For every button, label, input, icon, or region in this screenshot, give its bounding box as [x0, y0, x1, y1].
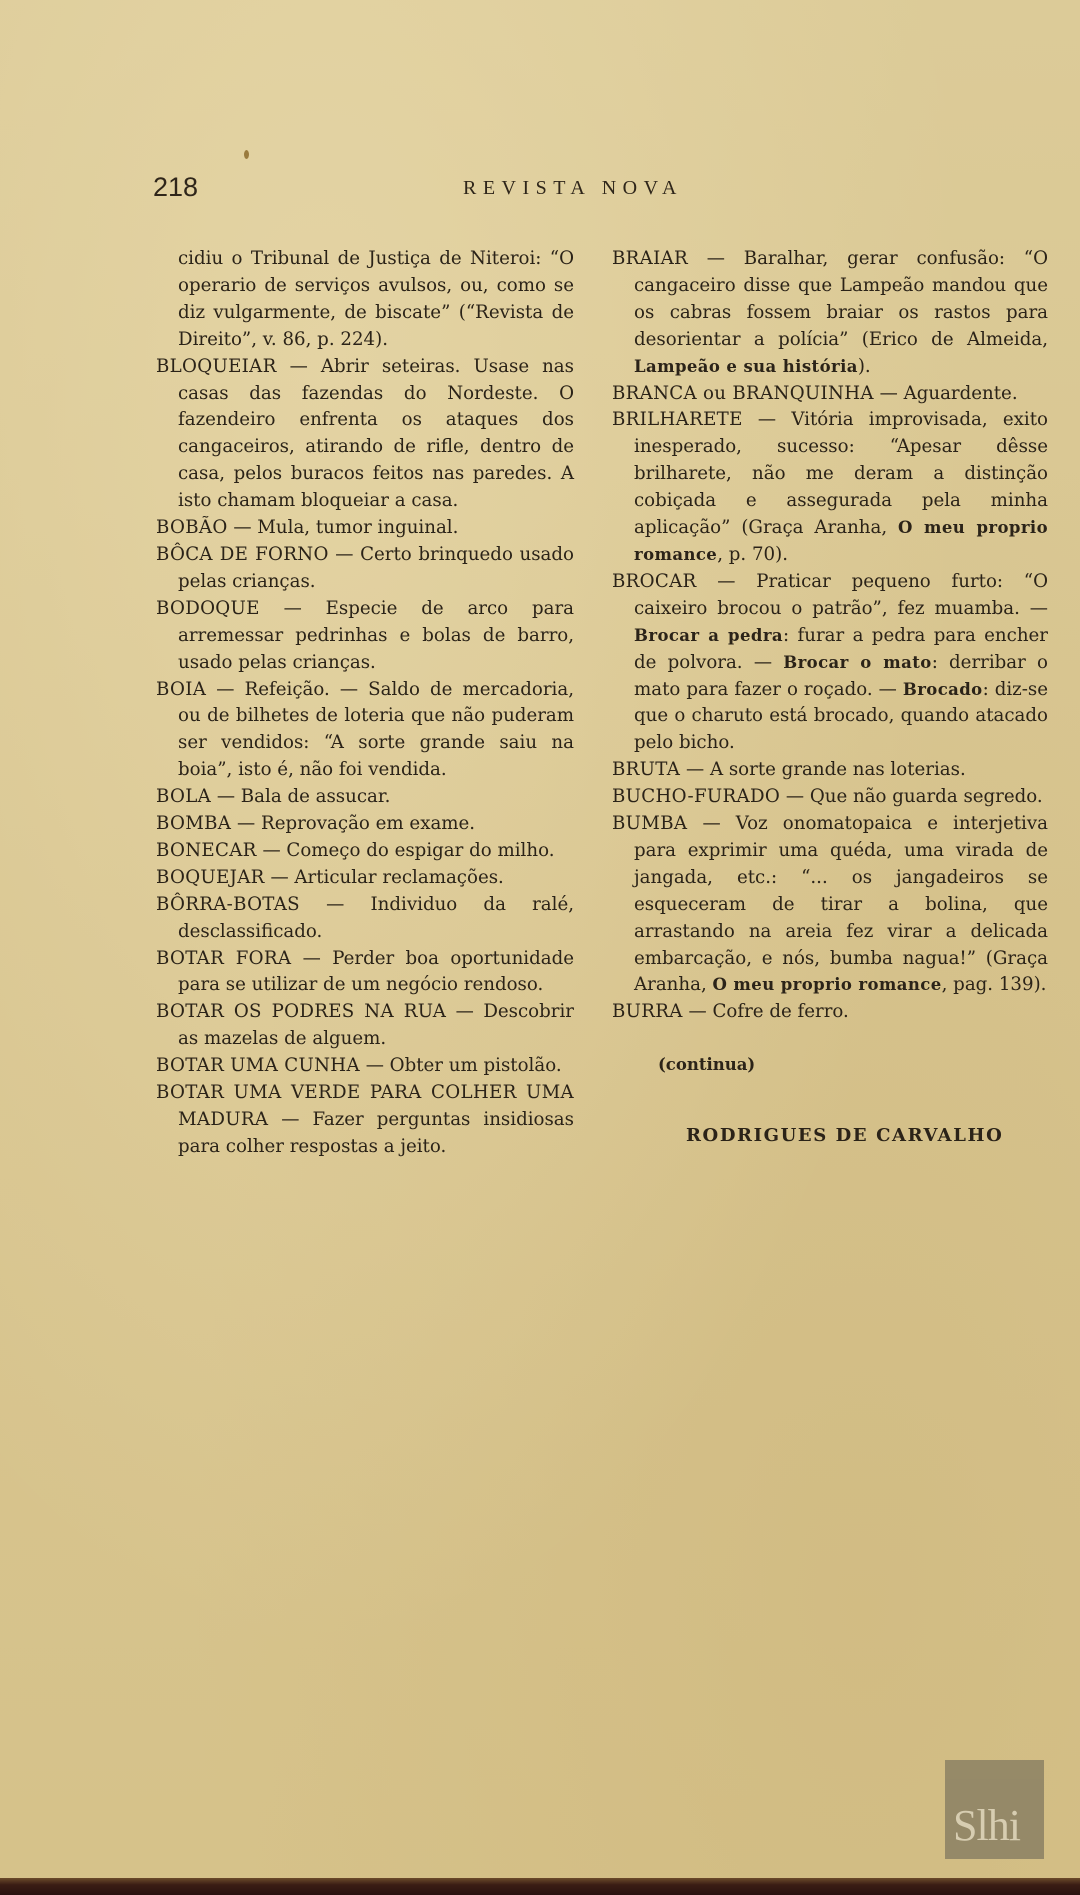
entry-term: BUMBA — [612, 813, 687, 834]
entry-boquejar: BOQUEJAR — Articular reclamações. — [156, 865, 574, 892]
entry-term: BROCAR — [612, 571, 697, 592]
entry-term: BOTAR FORA — [156, 948, 291, 969]
entry-botar-uma-verde: BOTAR UMA VERDE PARA COLHER UMA MADURA —… — [156, 1080, 574, 1161]
entry-term: BÔRRA-BOTAS — [156, 894, 300, 915]
entry-bodoque: BODOQUE — Especie de arco para arremessa… — [156, 596, 574, 677]
entry-term: BRAIAR — [612, 248, 688, 269]
journal-title: REVISTA NOVA — [463, 177, 683, 200]
entry-botar-os-podres: BOTAR OS PODRES NA RUA — Descobrir as ma… — [156, 999, 574, 1053]
continuation-note: (continua) — [658, 1052, 1048, 1079]
entry-bruta: BRUTA — A sorte grande nas loterias. — [612, 757, 1048, 784]
entry-term: BÔCA DE FORNO — [156, 544, 329, 565]
entry-term: BRANCA ou BRANQUINHA — [612, 383, 874, 404]
entry-bloqueiar: BLOQUEIAR — Abrir seteiras. Usase nas ca… — [156, 354, 574, 515]
entry-branca: BRANCA ou BRANQUINHA — Aguardente. — [612, 381, 1048, 408]
entry-boia: BOIA — Refeição. — Saldo de mercadoria, … — [156, 677, 574, 785]
entry-botar-fora: BOTAR FORA — Perder boa oportunidade par… — [156, 946, 574, 1000]
watermark-text: Slhi — [953, 1800, 1020, 1851]
entry-term: BOQUEJAR — [156, 867, 265, 888]
entry-braiar: BRAIAR — Baralhar, gerar confusão: “O ca… — [612, 246, 1048, 381]
right-column: BRAIAR — Baralhar, gerar confusão: “O ca… — [612, 246, 1048, 1150]
entry-term: BURRA — [612, 1001, 683, 1022]
entry-term: BUCHO-FURADO — [612, 786, 780, 807]
ink-speck — [244, 150, 249, 159]
entry-term: BOTAR OS PODRES NA RUA — [156, 1001, 446, 1022]
entry-term: BOIA — [156, 679, 206, 700]
slhi-logo-icon: Slhi — [945, 1760, 1044, 1859]
entry-term: BOTAR UMA CUNHA — [156, 1055, 360, 1076]
page-number: 218 — [153, 172, 198, 203]
page-bottom-edge — [0, 1878, 1080, 1895]
entry-boca-de-forno: BÔCA DE FORNO — Certo brinquedo usado pe… — [156, 542, 574, 596]
entry-bobao: BOBÃO — Mula, tumor inguinal. — [156, 515, 574, 542]
entry-term: BLOQUEIAR — [156, 356, 277, 377]
entry-brocar: BROCAR — Praticar pequeno furto: “O caix… — [612, 569, 1048, 757]
scanned-page: 218 REVISTA NOVA cidiu o Tribunal de Jus… — [0, 0, 1080, 1878]
entry-burra: BURRA — Cofre de ferro. — [612, 999, 1048, 1026]
entry-term: BONECAR — [156, 840, 257, 861]
subterm: Brocar a pedra — [634, 626, 783, 645]
subterm: Brocar o mato — [783, 653, 931, 672]
running-header: 218 REVISTA NOVA — [0, 172, 1080, 212]
entry-term: BOMBA — [156, 813, 231, 834]
author-signature: RODRIGUES DE CARVALHO — [686, 1123, 1048, 1150]
book-title: Lampeão e sua história — [634, 357, 858, 376]
entry-brilharete: BRILHARETE — Vitória improvisada, exito … — [612, 407, 1048, 568]
entry-term: BRUTA — [612, 759, 680, 780]
entry-term: BOBÃO — [156, 517, 228, 538]
entry-bonecar: BONECAR — Começo do espigar do milho. — [156, 838, 574, 865]
entry-bucho-furado: BUCHO-FURADO — Que não guarda segredo. — [612, 784, 1048, 811]
subterm: Brocado — [903, 680, 983, 699]
entry-bomba: BOMBA — Reprovação em exame. — [156, 811, 574, 838]
entry-continuation: cidiu o Tribunal de Justiça de Niteroi: … — [156, 246, 574, 354]
entry-term: BODOQUE — [156, 598, 260, 619]
entry-bumba: BUMBA — Voz onomatopaica e interjetiva p… — [612, 811, 1048, 999]
entry-bola: BOLA — Bala de assucar. — [156, 784, 574, 811]
entry-term: BOLA — [156, 786, 211, 807]
entry-botar-uma-cunha: BOTAR UMA CUNHA — Obter um pistolão. — [156, 1053, 574, 1080]
left-column: cidiu o Tribunal de Justiça de Niteroi: … — [156, 246, 574, 1161]
entry-term: BRILHARETE — [612, 409, 743, 430]
book-title: O meu proprio romance — [713, 975, 942, 994]
entry-borra-botas: BÔRRA-BOTAS — Individuo da ralé, desclas… — [156, 892, 574, 946]
